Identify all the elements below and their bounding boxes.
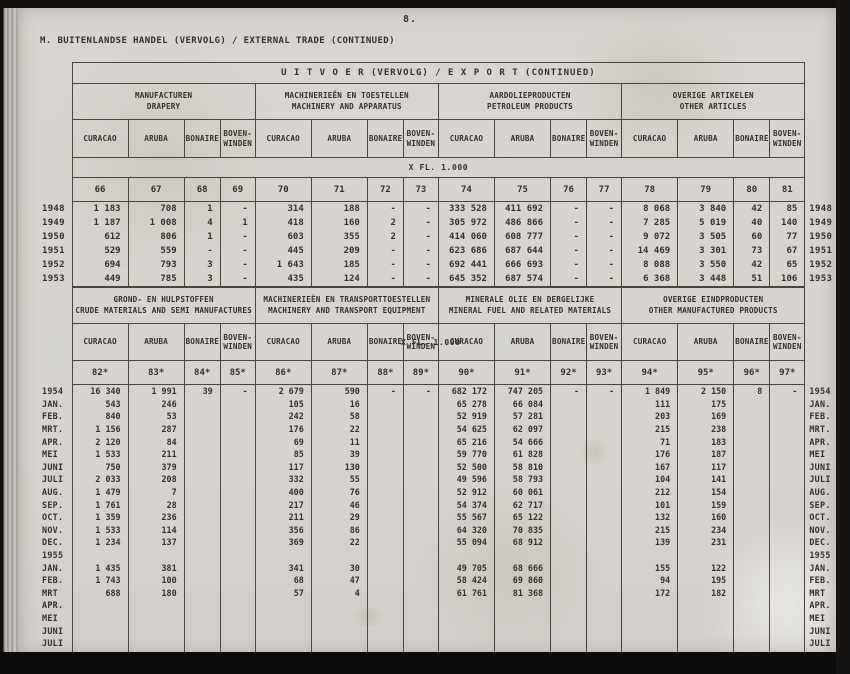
- value-cell: [184, 486, 220, 499]
- row-label-left: 1952: [40, 258, 72, 272]
- row-label-left: MEI: [40, 448, 72, 461]
- value-cell: [587, 549, 622, 562]
- value-cell: 39: [184, 385, 220, 398]
- value-cell: [587, 423, 622, 436]
- row-label-left: 1955: [40, 549, 72, 562]
- column-number: 71: [311, 178, 367, 202]
- margin-cell: [40, 63, 72, 84]
- value-cell: 195: [678, 574, 734, 587]
- subcolumn-header: BONAIRE: [184, 120, 220, 158]
- value-cell: [72, 612, 128, 625]
- value-cell: [770, 448, 805, 461]
- value-cell: 2 120: [72, 435, 128, 448]
- value-cell: [255, 637, 311, 650]
- value-cell: 2: [367, 216, 403, 230]
- value-cell: [770, 423, 805, 436]
- margin-cell: [40, 178, 72, 202]
- row-label-right: DEC.: [805, 536, 835, 549]
- value-cell: [770, 612, 805, 625]
- value-cell: 54 666: [494, 435, 550, 448]
- group-header-en: MACHINERY AND APPARATUS: [257, 102, 437, 112]
- row-label-right: JULI: [805, 637, 835, 650]
- page-number: 8.: [403, 14, 417, 25]
- value-cell: 1 533: [72, 448, 128, 461]
- column-number: 69: [220, 178, 255, 202]
- group-header-nl: MINERALE OLIE EN DERGELIJKE: [440, 295, 620, 305]
- value-cell: [220, 536, 255, 549]
- value-cell: 176: [622, 448, 678, 461]
- value-cell: 58: [311, 410, 367, 423]
- value-cell: [770, 398, 805, 411]
- value-cell: 85: [255, 448, 311, 461]
- value-cell: 85: [770, 202, 805, 217]
- value-cell: [587, 536, 622, 549]
- value-cell: 785: [128, 272, 184, 287]
- value-cell: -: [403, 244, 438, 258]
- row-label-right: FEB.: [805, 410, 835, 423]
- value-cell: [770, 524, 805, 537]
- value-cell: [367, 587, 403, 600]
- value-cell: 58 793: [494, 473, 550, 486]
- row-label-left: MRT: [40, 587, 72, 600]
- group-header-nl: OVERIGE EINDPRODUCTEN: [623, 295, 803, 305]
- value-cell: 793: [128, 258, 184, 272]
- value-cell: [220, 473, 255, 486]
- value-cell: 1 359: [72, 511, 128, 524]
- value-cell: 183: [678, 435, 734, 448]
- value-cell: 55 567: [438, 511, 494, 524]
- value-cell: [551, 549, 587, 562]
- value-cell: [734, 498, 770, 511]
- group-header-nl: MACHINERIEËN EN TRANSPORTTOESTELLEN: [257, 295, 437, 305]
- table-row: JAN.5432461051665 27866 084111175JAN.: [40, 398, 835, 411]
- row-label-left: MEI: [40, 612, 72, 625]
- value-cell: [438, 612, 494, 625]
- group-header: AARDOLIEPRODUCTENPETROLEUM PRODUCTS: [438, 84, 621, 120]
- row-label-right: FEB.: [805, 574, 835, 587]
- table-row: MRT.1 1562871762254 62562 097215238MRT.: [40, 423, 835, 436]
- value-cell: 314: [255, 202, 311, 217]
- column-number: 78: [622, 178, 678, 202]
- value-cell: 49 596: [438, 473, 494, 486]
- value-cell: 590: [311, 385, 367, 398]
- book-page-edges: [0, 6, 20, 656]
- value-cell: 1: [184, 230, 220, 244]
- value-cell: [403, 612, 438, 625]
- value-cell: [551, 511, 587, 524]
- value-cell: [403, 398, 438, 411]
- value-cell: -: [587, 202, 622, 217]
- value-cell: 687 644: [494, 244, 550, 258]
- value-cell: -: [367, 272, 403, 287]
- table-row: MEI1 533211853959 77061 828176187MEI: [40, 448, 835, 461]
- subcolumn-header: ARUBA: [678, 120, 734, 158]
- value-cell: -: [551, 244, 587, 258]
- value-cell: 66 084: [494, 398, 550, 411]
- value-cell: [403, 524, 438, 537]
- row-label-left: 1953: [40, 272, 72, 287]
- value-cell: [403, 599, 438, 612]
- group-header-en: CRUDE MATERIALS AND SEMI MANUFACTURES: [74, 306, 254, 316]
- value-cell: 57: [255, 587, 311, 600]
- value-cell: -: [551, 272, 587, 287]
- value-cell: 62 717: [494, 498, 550, 511]
- value-cell: 65: [770, 258, 805, 272]
- document-title: M. BUITENLANDSE HANDEL (VERVOLG) / EXTER…: [40, 36, 395, 46]
- value-cell: 3: [184, 258, 220, 272]
- table-row: JUNIJUNI: [40, 624, 835, 637]
- value-cell: 55: [311, 473, 367, 486]
- value-cell: 28: [128, 498, 184, 511]
- value-cell: 140: [770, 216, 805, 230]
- value-cell: [220, 410, 255, 423]
- row-label-right: MRT.: [805, 423, 835, 436]
- value-cell: [220, 524, 255, 537]
- value-cell: 238: [678, 423, 734, 436]
- column-number: 76: [551, 178, 587, 202]
- value-cell: 1 234: [72, 536, 128, 549]
- subcolumn-header: CURACAO: [72, 120, 128, 158]
- value-cell: 692 441: [438, 258, 494, 272]
- value-cell: [367, 574, 403, 587]
- row-label-right: SEP.: [805, 498, 835, 511]
- value-cell: 435: [255, 272, 311, 287]
- value-cell: 117: [678, 461, 734, 474]
- value-cell: 1 643: [255, 258, 311, 272]
- value-cell: [551, 536, 587, 549]
- value-cell: 688: [72, 587, 128, 600]
- value-cell: 16: [311, 398, 367, 411]
- value-cell: [587, 511, 622, 524]
- value-cell: [678, 624, 734, 637]
- value-cell: [734, 624, 770, 637]
- subcolumn-header: CURACAO: [72, 324, 128, 361]
- value-cell: [220, 624, 255, 637]
- row-label-right: 1948: [805, 202, 835, 217]
- table-row: APR.APR.: [40, 599, 835, 612]
- value-cell: -: [220, 272, 255, 287]
- value-cell: [770, 410, 805, 423]
- row-label-left: JAN.: [40, 561, 72, 574]
- value-cell: [220, 448, 255, 461]
- group-header-nl: MANUFACTUREN: [74, 91, 254, 101]
- value-cell: [551, 612, 587, 625]
- value-cell: -: [367, 244, 403, 258]
- value-cell: [367, 423, 403, 436]
- column-number: 81: [770, 178, 805, 202]
- value-cell: 58 810: [494, 461, 550, 474]
- value-cell: 49 705: [438, 561, 494, 574]
- value-cell: [551, 498, 587, 511]
- value-cell: 169: [678, 410, 734, 423]
- value-cell: [734, 536, 770, 549]
- value-cell: [311, 549, 367, 562]
- value-cell: 69: [255, 435, 311, 448]
- margin-cell: [805, 324, 835, 361]
- value-cell: [220, 574, 255, 587]
- value-cell: [184, 410, 220, 423]
- value-cell: [220, 561, 255, 574]
- value-cell: 175: [678, 398, 734, 411]
- value-cell: 332: [255, 473, 311, 486]
- value-cell: 154: [678, 486, 734, 499]
- column-number: 95*: [678, 361, 734, 385]
- table-row: 195416 3401 99139-2 679590--682 172747 2…: [40, 385, 835, 398]
- subcolumn-header: CURACAO: [622, 324, 678, 361]
- row-label-right: 1955: [805, 549, 835, 562]
- row-label-right: AUG.: [805, 486, 835, 499]
- value-cell: [367, 486, 403, 499]
- row-label-left: 1950: [40, 230, 72, 244]
- value-cell: 122: [678, 561, 734, 574]
- value-cell: 101: [622, 498, 678, 511]
- value-cell: [678, 549, 734, 562]
- table-row: FEB.840532425852 91957 281203169FEB.: [40, 410, 835, 423]
- subcolumn-header: BONAIRE: [734, 120, 770, 158]
- row-label-right: OCT.: [805, 511, 835, 524]
- value-cell: 117: [255, 461, 311, 474]
- value-cell: 68 666: [494, 561, 550, 574]
- group-header-nl: MACHINERIEËN EN TOESTELLEN: [257, 91, 437, 101]
- unit-label: X FL. 1.000: [72, 158, 805, 178]
- value-cell: 70 835: [494, 524, 550, 537]
- column-number: 85*: [220, 361, 255, 385]
- row-label-right: 1950: [805, 230, 835, 244]
- value-cell: 160: [311, 216, 367, 230]
- value-cell: [220, 398, 255, 411]
- value-cell: 543: [72, 398, 128, 411]
- row-label-left: 1949: [40, 216, 72, 230]
- value-cell: [770, 473, 805, 486]
- value-cell: [494, 624, 550, 637]
- subcolumn-header: ARUBA: [494, 324, 550, 361]
- value-cell: [255, 612, 311, 625]
- value-cell: -: [587, 244, 622, 258]
- value-cell: 54 374: [438, 498, 494, 511]
- value-cell: 65 216: [438, 435, 494, 448]
- value-cell: [734, 398, 770, 411]
- value-cell: 234: [678, 524, 734, 537]
- value-cell: [734, 549, 770, 562]
- subcolumn-header: BOVEN- WINDEN: [770, 324, 805, 361]
- value-cell: -: [551, 202, 587, 217]
- column-number: 88*: [367, 361, 403, 385]
- table-row: JUNI75037911713052 50058 810167117JUNI: [40, 461, 835, 474]
- column-number: 92*: [551, 361, 587, 385]
- table-row: AUG.1 47974007652 91260 061212154AUG.: [40, 486, 835, 499]
- value-cell: [587, 398, 622, 411]
- value-cell: -: [587, 385, 622, 398]
- value-cell: 2 679: [255, 385, 311, 398]
- value-cell: 84: [128, 435, 184, 448]
- value-cell: 608 777: [494, 230, 550, 244]
- value-cell: 3: [184, 272, 220, 287]
- value-cell: 52 912: [438, 486, 494, 499]
- margin-cell: [805, 288, 835, 324]
- value-cell: 53: [128, 410, 184, 423]
- subcolumn-header: BOVEN- WINDEN: [220, 324, 255, 361]
- group-header-nl: OVERIGE ARTIKELEN: [623, 91, 803, 101]
- value-cell: 486 866: [494, 216, 550, 230]
- value-cell: [587, 561, 622, 574]
- group-header-nl: AARDOLIEPRODUCTEN: [440, 91, 620, 101]
- row-label-right: JAN.: [805, 398, 835, 411]
- group-header-en: MINERAL FUEL AND RELATED MATERIALS: [440, 306, 620, 316]
- value-cell: 666 693: [494, 258, 550, 272]
- subcolumn-header: BONAIRE: [367, 120, 403, 158]
- value-cell: [438, 624, 494, 637]
- value-cell: [403, 511, 438, 524]
- value-cell: [184, 435, 220, 448]
- value-cell: 7: [128, 486, 184, 499]
- value-cell: [184, 423, 220, 436]
- value-cell: [734, 574, 770, 587]
- value-cell: 8: [734, 385, 770, 398]
- value-cell: [587, 624, 622, 637]
- value-cell: 94: [622, 574, 678, 587]
- row-label-left: MRT.: [40, 423, 72, 436]
- subcolumn-header: BONAIRE: [551, 324, 587, 361]
- subcolumn-header: BONAIRE: [734, 324, 770, 361]
- value-cell: [551, 637, 587, 650]
- value-cell: [184, 549, 220, 562]
- value-cell: 529: [72, 244, 128, 258]
- value-cell: 1 991: [128, 385, 184, 398]
- value-cell: 51: [734, 272, 770, 287]
- value-cell: 2 033: [72, 473, 128, 486]
- value-cell: 1: [220, 216, 255, 230]
- value-cell: [551, 448, 587, 461]
- subcolumn-header: BOVEN- WINDEN: [220, 120, 255, 158]
- value-cell: [622, 624, 678, 637]
- value-cell: [403, 410, 438, 423]
- scan-edge-right: [836, 0, 850, 674]
- value-cell: 30: [311, 561, 367, 574]
- group-header-en: OTHER MANUFACTURED PRODUCTS: [623, 306, 803, 316]
- value-cell: 65 278: [438, 398, 494, 411]
- row-label-right: APR.: [805, 599, 835, 612]
- value-cell: [734, 599, 770, 612]
- value-cell: [734, 461, 770, 474]
- value-cell: [367, 524, 403, 537]
- value-cell: [128, 549, 184, 562]
- value-cell: [367, 612, 403, 625]
- value-cell: [220, 435, 255, 448]
- value-cell: [678, 599, 734, 612]
- value-cell: -: [403, 230, 438, 244]
- value-cell: [367, 536, 403, 549]
- row-label-left: DEC.: [40, 536, 72, 549]
- value-cell: 81 368: [494, 587, 550, 600]
- group-header: GROND- EN HULPSTOFFENCRUDE MATERIALS AND…: [72, 288, 255, 324]
- value-cell: [367, 624, 403, 637]
- value-cell: 76: [311, 486, 367, 499]
- row-label-right: NOV.: [805, 524, 835, 537]
- value-cell: -: [551, 230, 587, 244]
- value-cell: 141: [678, 473, 734, 486]
- value-cell: 242: [255, 410, 311, 423]
- value-cell: 22: [311, 536, 367, 549]
- value-cell: 645 352: [438, 272, 494, 287]
- column-number: 77: [587, 178, 622, 202]
- value-cell: [734, 410, 770, 423]
- value-cell: [587, 448, 622, 461]
- column-number: 73: [403, 178, 438, 202]
- value-cell: -: [403, 202, 438, 217]
- row-label-left: SEP.: [40, 498, 72, 511]
- value-cell: [403, 461, 438, 474]
- value-cell: [255, 549, 311, 562]
- row-label-left: JAN.: [40, 398, 72, 411]
- column-number: 97*: [770, 361, 805, 385]
- value-cell: [220, 549, 255, 562]
- subcolumn-header: BONAIRE: [551, 120, 587, 158]
- value-cell: 603: [255, 230, 311, 244]
- value-cell: 840: [72, 410, 128, 423]
- table-row: NOV.1 5331143568664 32070 835215234NOV.: [40, 524, 835, 537]
- margin-cell: [805, 63, 835, 84]
- value-cell: [220, 423, 255, 436]
- group-header-en: PETROLEUM PRODUCTS: [440, 102, 620, 112]
- value-cell: [734, 511, 770, 524]
- value-cell: [587, 461, 622, 474]
- value-cell: [587, 410, 622, 423]
- row-label-right: MEI: [805, 448, 835, 461]
- value-cell: 379: [128, 461, 184, 474]
- value-cell: [367, 549, 403, 562]
- group-header-nl: GROND- EN HULPSTOFFEN: [74, 295, 254, 305]
- value-cell: 559: [128, 244, 184, 258]
- value-cell: 612: [72, 230, 128, 244]
- value-cell: [403, 435, 438, 448]
- value-cell: [184, 561, 220, 574]
- value-cell: [770, 435, 805, 448]
- table-row: 1951529559--445209--623 686687 644--14 4…: [40, 244, 835, 258]
- value-cell: 355: [311, 230, 367, 244]
- value-cell: 356: [255, 524, 311, 537]
- value-cell: [128, 599, 184, 612]
- value-cell: -: [587, 230, 622, 244]
- value-cell: [220, 612, 255, 625]
- value-cell: [734, 448, 770, 461]
- value-cell: 124: [311, 272, 367, 287]
- table-row: 19551955: [40, 549, 835, 562]
- value-cell: [551, 524, 587, 537]
- value-cell: -: [220, 244, 255, 258]
- value-cell: 68 912: [494, 536, 550, 549]
- unit-label-lower: X FL. 1.000: [401, 338, 461, 347]
- value-cell: 42: [734, 258, 770, 272]
- value-cell: [551, 574, 587, 587]
- value-cell: [551, 599, 587, 612]
- subcolumn-header: BOVEN- WINDEN: [587, 324, 622, 361]
- row-label-left: 1951: [40, 244, 72, 258]
- value-cell: 3 550: [678, 258, 734, 272]
- value-cell: 22: [311, 423, 367, 436]
- value-cell: [184, 398, 220, 411]
- value-cell: [311, 612, 367, 625]
- value-cell: 64 320: [438, 524, 494, 537]
- value-cell: [770, 599, 805, 612]
- value-cell: 60: [734, 230, 770, 244]
- column-number: 94*: [622, 361, 678, 385]
- value-cell: 69 860: [494, 574, 550, 587]
- value-cell: 305 972: [438, 216, 494, 230]
- value-cell: 682 172: [438, 385, 494, 398]
- value-cell: 623 686: [438, 244, 494, 258]
- row-label-left: OCT.: [40, 511, 72, 524]
- value-cell: 139: [622, 536, 678, 549]
